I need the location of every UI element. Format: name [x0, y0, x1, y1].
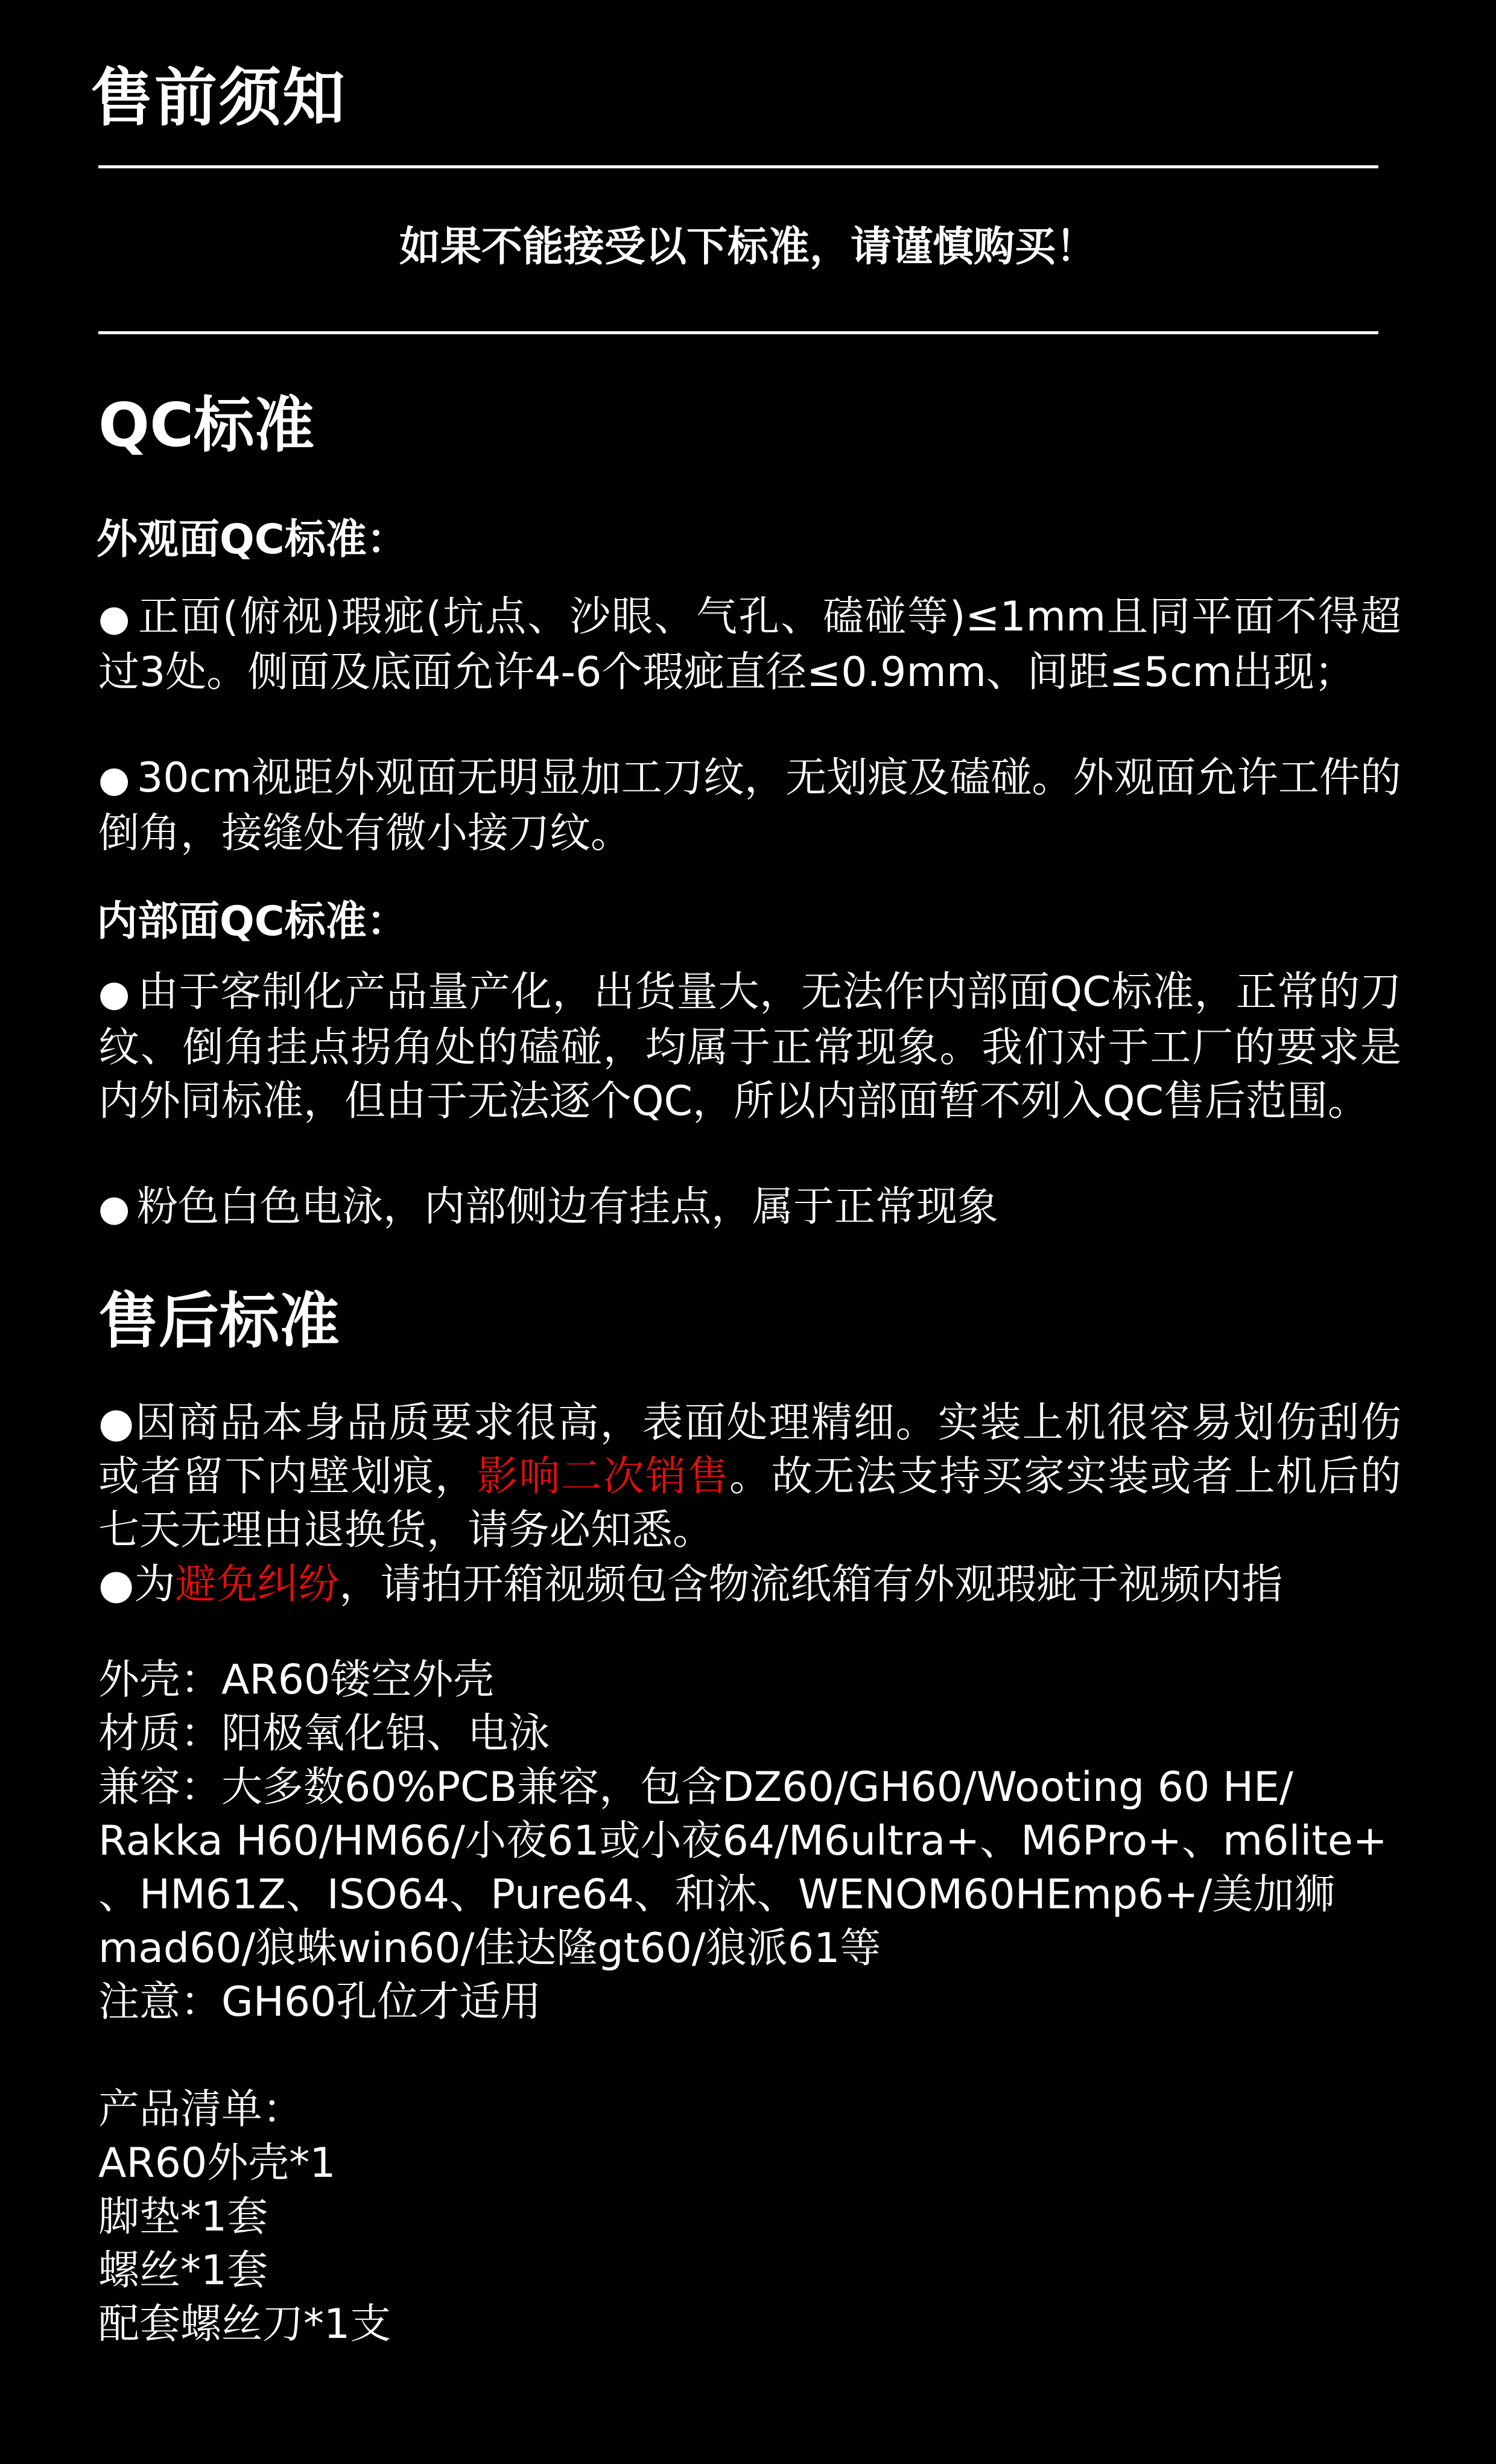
exterior-qc-item-2: ●30cm视距外观面无明显加工刀纹，无划痕及磕碰。外观面允许工件的倒角，接缝处有…: [98, 751, 1401, 860]
after-sales-item-1: ●因商品本身品质要求很高，表面处理精细。实装上机很容易划伤刮伤或者留下内壁划痕，…: [98, 1396, 1401, 1557]
spec-line-compat-4: mad60/狼蛛win60/佳达隆gt60/狼派61等: [98, 1922, 1413, 1975]
bullet-icon: ●: [98, 967, 137, 1021]
package-heading: 产品清单：: [98, 2083, 1413, 2136]
divider-top: [98, 165, 1378, 168]
spec-line-shell: 外壳：AR60镂空外壳: [98, 1653, 1413, 1707]
spec-list: 外壳：AR60镂空外壳 材质：阳极氧化铝、电泳 兼容：大多数60%PCB兼容，包…: [98, 1653, 1413, 2029]
package-item: 配套螺丝刀*1支: [98, 2297, 1413, 2351]
bullet-icon: ●: [98, 753, 137, 807]
spec-line-compat-3: 、HM61Z、ISO64、Pure64、和沐、WENOM60HEmp6+/美加狮: [98, 1868, 1413, 1922]
divider-bottom: [98, 331, 1378, 334]
package-item: AR60外壳*1: [98, 2136, 1413, 2190]
package-list: 产品清单： AR60外壳*1 脚垫*1套 螺丝*1套 配套螺丝刀*1支: [98, 2083, 1413, 2351]
qc-section-title: QC标准: [98, 386, 314, 465]
bullet-icon: ●: [98, 592, 137, 646]
spec-line-note: 注意：GH60孔位才适用: [98, 1975, 1413, 2029]
interior-qc-heading: 内部面QC标准：: [97, 892, 408, 952]
bullet-icon: ●: [98, 1561, 134, 1608]
exterior-qc-item-1: ●正面(俯视)瑕疵(坑点、沙眼、气孔、磕碰等)≤1mm且同平面不得超过3处。侧面…: [98, 590, 1401, 699]
spec-line-compat: 兼容：大多数60%PCB兼容，包含DZ60/GH60/Wooting 60 HE…: [98, 1761, 1413, 1814]
purchase-warning: 如果不能接受以下标准，请谨慎购买！: [0, 217, 1496, 278]
bullet-icon: ●: [98, 1182, 137, 1236]
after-sales-item-2: ●为避免纠纷，请拍开箱视频包含物流纸箱有外观瑕疵于视频内指: [98, 1558, 1401, 1611]
after-sales-section-title: 售后标准: [98, 1282, 340, 1361]
spec-line-compat-2: Rakka H60/HM66/小夜61或小夜64/M6ultra+、M6Pro+…: [98, 1814, 1413, 1868]
spec-line-material: 材质：阳极氧化铝、电泳: [98, 1707, 1413, 1761]
interior-qc-item-2: ●粉色白色电泳，内部侧边有挂点，属于正常现象: [98, 1180, 1401, 1236]
package-item: 脚垫*1套: [98, 2190, 1413, 2244]
package-item: 螺丝*1套: [98, 2244, 1413, 2297]
highlight-text: 避免纠纷: [175, 1561, 339, 1608]
bullet-icon: ●: [98, 1399, 135, 1447]
page-title: 售前须知: [90, 56, 346, 140]
highlight-text: 影响二次销售: [477, 1453, 729, 1500]
exterior-qc-heading: 外观面QC标准：: [97, 510, 408, 570]
interior-qc-item-1: ●由于客制化产品量产化，出货量大，无法作内部面QC标准，正常的刀纹、倒角挂点拐角…: [98, 965, 1401, 1128]
